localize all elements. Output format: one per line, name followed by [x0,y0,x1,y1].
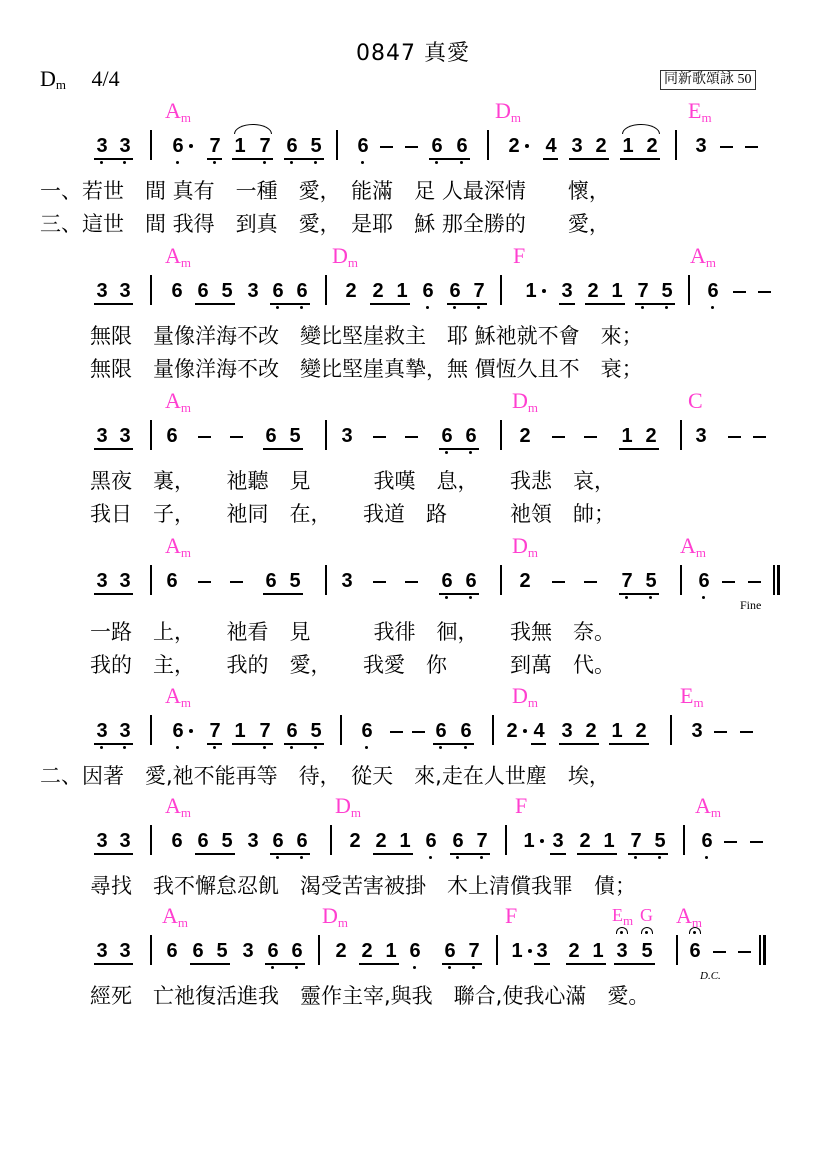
note-number: 6 [435,720,446,742]
note: 6 [170,829,184,853]
chord-symbol: Dm [335,793,361,821]
chord-symbol: Am [165,533,191,561]
note-number: 3 [691,720,702,742]
lyric-line: 經死 亡祂復活進我 靈作主宰,與我 聯合,使我心滿 愛。 [90,980,649,1010]
sustain-dash [724,841,737,843]
note-number: 6 [441,570,452,592]
note: 3 [560,279,574,303]
note-number: 2 [568,940,579,962]
low-octave-dot-icon [426,306,429,309]
note-number: 6 [425,830,436,852]
sustain-dash [753,436,766,438]
sustain-dash [198,581,211,583]
chord-symbol: Am [165,388,191,416]
note: 6 [697,569,711,593]
note-number: 7 [637,280,648,302]
note: 6 [459,719,473,743]
note-number: 3 [119,425,130,447]
key-quality: m [56,77,66,92]
note-number: 3 [96,135,107,157]
lyric-line: 黑夜 裏， 祂聽 見 我嘆 息， 我悲 哀， [90,465,615,495]
note-number: 3 [341,425,352,447]
eighth-note-beam [195,853,235,855]
note: 2 [594,134,608,158]
sustain-dash [380,146,393,148]
chord-quality: m [338,915,348,930]
note-number: 6 [172,135,183,157]
note: 3 [95,424,109,448]
sustain-dash [713,951,726,953]
note: 2 [505,719,519,743]
note: 6 [421,279,435,303]
chord-root: E [612,905,623,925]
note: 3 [118,569,132,593]
lyric-line: 我的 主， 我的 愛， 我愛 你 到萬 代。 [90,649,615,679]
note: 3 [118,719,132,743]
low-octave-dot-icon [290,746,293,749]
low-octave-dot-icon [176,161,179,164]
note: 6 [165,569,179,593]
note: 6 [295,279,309,303]
note-number: 6 [409,940,420,962]
chord-quality: m [693,695,703,710]
note-number: 5 [661,280,672,302]
slur-arc [622,124,660,134]
chord-symbol: Em [680,683,704,711]
note-number: 3 [616,940,627,962]
note-number: 1 [525,280,536,302]
note-number: 3 [341,570,352,592]
lyric-line: 尋找 我不懈怠忍飢 渴受苦害被掛 木上清償我罪 債； [90,870,636,900]
augmentation-dot-icon [525,144,529,148]
note-number: 6 [265,425,276,447]
note: 7 [629,829,643,853]
note-number: 6 [265,570,276,592]
low-octave-dot-icon [300,856,303,859]
note: 7 [467,939,481,963]
eighth-note-beam [270,303,310,305]
note: 6 [171,134,185,158]
chord-symbol: Dm [512,683,538,711]
low-octave-dot-icon [445,451,448,454]
note: 2 [518,569,532,593]
note: 3 [340,424,354,448]
low-octave-dot-icon [665,306,668,309]
eighth-note-beam [207,743,222,745]
note: 6 [464,424,478,448]
note-number: 4 [533,720,544,742]
note-number: 1 [603,830,614,852]
note: 2 [344,279,358,303]
eighth-note-beam [94,593,133,595]
chord-quality: m [511,110,521,125]
chord-quality: m [528,695,538,710]
note-number: 6 [272,280,283,302]
note-number: 3 [96,570,107,592]
note: 6 [464,569,478,593]
note: 3 [246,829,260,853]
note-number: 2 [345,280,356,302]
chord-quality: m [348,255,358,270]
eighth-note-beam [94,853,133,855]
note-number: 6 [296,280,307,302]
eighth-note-beam [585,303,625,305]
low-octave-dot-icon [435,161,438,164]
note: 3 [246,279,260,303]
score-system: AmDmFEmGAm336653662216671321356D.C.經死 亡祂… [0,900,826,1050]
eighth-note-beam [619,593,659,595]
low-octave-dot-icon [448,966,451,969]
note: 1 [602,829,616,853]
note: 5 [288,424,302,448]
chord-quality: m [178,915,188,930]
note: 3 [95,279,109,303]
note: 3 [241,939,255,963]
low-octave-dot-icon [625,596,628,599]
lyric-line: 一路 上， 祂看 見 我徘 徊， 我無 奈。 [90,616,615,646]
low-octave-dot-icon [365,746,368,749]
sustain-dash [390,731,403,733]
sustain-dash [584,581,597,583]
note: 1 [384,939,398,963]
eighth-note-beam [619,448,659,450]
note: 6 [448,279,462,303]
note: 6 [266,939,280,963]
note-number: 2 [506,720,517,742]
eighth-note-beam [190,963,230,965]
eighth-note-beam [439,448,479,450]
chord-symbol: Em [688,98,712,126]
eighth-note-beam [359,963,399,965]
sustain-dash [733,291,746,293]
note-number: 2 [645,425,656,447]
lyric-line: 無限 量像洋海不改 變比堅崖救主 耶 穌祂就不會 來； [90,320,643,350]
note-number: 1 [511,940,522,962]
note-number: 6 [452,830,463,852]
low-octave-dot-icon [100,161,103,164]
chord-root: D [332,243,348,268]
bar-line [330,825,332,855]
eighth-note-beam [270,853,310,855]
note-number: 6 [698,570,709,592]
chord-quality: m [181,400,191,415]
note-number: 3 [695,135,706,157]
note: 7 [258,719,272,743]
note: 2 [634,719,648,743]
hymnal-source-badge: 同新歌頌詠 50 [660,70,756,90]
bar-line [340,715,342,745]
note-number: 6 [171,830,182,852]
note-number: 5 [221,830,232,852]
note-number: 3 [96,425,107,447]
note-number: 3 [536,940,547,962]
note-number: 7 [209,135,220,157]
eighth-note-beam [373,853,413,855]
low-octave-dot-icon [413,966,416,969]
eighth-note-beam [569,158,609,160]
low-octave-dot-icon [469,596,472,599]
page-title: 0847 真愛 [0,36,826,67]
lyric-line: 一、若世 間 真有 一種 愛， 能滿 足 人最深情 懷， [40,175,610,205]
note: 5 [653,829,667,853]
lyric-line: 我日 子， 祂同 在， 我道 路 祂領 帥； [90,498,615,528]
note-number: 6 [172,720,183,742]
note: 2 [567,939,581,963]
note-number: 2 [335,940,346,962]
bar-line [680,565,682,595]
bar-line [670,715,672,745]
note-number: 2 [519,425,530,447]
note: 5 [220,829,234,853]
note: 5 [309,719,323,743]
note: 2 [645,134,659,158]
note: 6 [196,279,210,303]
chord-symbol: Dm [512,533,538,561]
bar-line [325,420,327,450]
low-octave-dot-icon [123,746,126,749]
score-system: AmDmEm336717656662432123一、若世 間 真有 一種 愛， … [0,95,826,245]
bar-line [688,275,690,305]
bar-line [336,130,338,160]
chord-symbol: Am [680,533,706,561]
note-number: 6 [166,425,177,447]
low-octave-dot-icon [300,306,303,309]
note-number: 2 [375,830,386,852]
eighth-note-beam [94,448,133,450]
sustain-dash [230,581,243,583]
bar-line [150,420,152,450]
eighth-note-beam [94,158,133,160]
eighth-note-beam [439,593,479,595]
note-number: 1 [622,135,633,157]
note: 1 [510,939,524,963]
low-octave-dot-icon [658,856,661,859]
note-number: 5 [289,425,300,447]
note-number: 6 [272,830,283,852]
low-octave-dot-icon [314,161,317,164]
bar-line [500,565,502,595]
note-number: 3 [561,280,572,302]
sustain-dash [405,436,418,438]
bar-line [496,935,498,965]
performance-mark: Fine [740,598,761,613]
note: 6 [434,719,448,743]
note-number: 3 [552,830,563,852]
note-number: 4 [545,135,556,157]
note-number: 3 [247,280,258,302]
eighth-note-beam [628,853,668,855]
note-number: 3 [96,280,107,302]
chord-symbol: Dm [495,98,521,126]
note-number: 3 [119,570,130,592]
sustain-dash [750,841,763,843]
low-octave-dot-icon [445,596,448,599]
note: 6 [264,424,278,448]
note-number: 1 [621,425,632,447]
note: 2 [644,424,658,448]
note-number: 3 [96,720,107,742]
sustain-dash [584,436,597,438]
lyric-line: 無限 量像洋海不改 變比堅崖真摯，無 價恆久且不 衰； [90,353,643,383]
chord-root: A [165,388,181,413]
note-number: 1 [234,135,245,157]
chord-root: A [690,243,706,268]
fermata-icon [689,927,701,934]
note: 1 [620,424,634,448]
note: 3 [95,719,109,743]
bar-line [325,275,327,305]
note: 6 [285,134,299,158]
chord-root: G [640,905,653,925]
note-number: 6 [422,280,433,302]
bar-line [683,825,685,855]
sustain-dash [373,436,386,438]
chord-quality: m [696,545,706,560]
note: 6 [191,939,205,963]
note: 2 [334,939,348,963]
note-number: 5 [289,570,300,592]
chord-root: A [680,533,696,558]
note: 1 [591,939,605,963]
low-octave-dot-icon [702,596,705,599]
key-root: D [40,66,56,91]
score-system: AmDmFAm336653662216671321756無限 量像洋海不改 變比… [0,240,826,390]
chord-root: A [162,903,178,928]
note: 6 [271,829,285,853]
note-number: 1 [592,940,603,962]
note: 3 [694,424,708,448]
note-number: 2 [579,830,590,852]
bar-line [150,825,152,855]
eighth-note-beam [635,303,675,305]
eighth-note-beam [531,743,546,745]
chord-symbol: Am [162,903,188,931]
chord-symbol: Am [165,98,191,126]
bar-line [680,420,682,450]
bar-line [676,935,678,965]
chord-quality: m [701,110,711,125]
note: 3 [95,939,109,963]
augmentation-dot-icon [528,949,532,953]
note: 3 [118,939,132,963]
sustain-dash [405,581,418,583]
eighth-note-beam [94,743,133,745]
eighth-note-beam [263,448,303,450]
note-number: 2 [585,720,596,742]
sustain-dash [738,951,751,953]
bar-line [150,715,152,745]
note: 6 [290,939,304,963]
note: 6 [196,829,210,853]
augmentation-dot-icon [189,729,193,733]
note-number: 6 [701,830,712,852]
note: 5 [288,569,302,593]
note-number: 3 [119,135,130,157]
low-octave-dot-icon [100,746,103,749]
note-number: 6 [197,830,208,852]
note-number: 6 [197,280,208,302]
note: 7 [636,279,650,303]
note: 5 [309,134,323,158]
chord-symbol: Am [165,243,191,271]
note-number: 6 [441,425,452,447]
note-number: 2 [595,135,606,157]
sustain-dash [552,436,565,438]
bar-line [505,825,507,855]
eighth-note-beam [284,158,324,160]
note: 2 [586,279,600,303]
low-octave-dot-icon [295,966,298,969]
eighth-note-beam [433,743,474,745]
chord-root: A [165,533,181,558]
note: 1 [522,829,536,853]
note: 1 [233,134,247,158]
chord-root: D [495,98,511,123]
eighth-note-beam [559,303,575,305]
note: 3 [570,134,584,158]
note-number: 6 [456,135,467,157]
note-number: 7 [259,135,270,157]
eighth-note-beam [577,853,617,855]
chord-root: D [512,533,528,558]
lyric-line: 三、這世 間 我得 到真 愛， 是耶 穌 那全勝的 愛， [40,208,610,238]
eighth-note-beam [207,158,222,160]
note-number: 3 [119,940,130,962]
note: 2 [374,829,388,853]
note: 3 [535,939,549,963]
note: 7 [472,279,486,303]
low-octave-dot-icon [649,596,652,599]
low-octave-dot-icon [314,746,317,749]
chord-symbol: Am [165,793,191,821]
low-octave-dot-icon [123,161,126,164]
bar-line [150,130,152,160]
bar-line [675,130,677,160]
chord-symbol: Dm [332,243,358,271]
note: 7 [475,829,489,853]
sustain-dash [722,581,735,583]
eighth-note-beam [609,743,649,745]
note-number: 6 [291,940,302,962]
slur-arc [234,124,272,134]
low-octave-dot-icon [263,746,266,749]
eighth-note-beam [232,743,273,745]
note-number: 7 [473,280,484,302]
chord-symbol: F [513,243,525,269]
note: 6 [165,939,179,963]
note-number: 7 [621,570,632,592]
chord-root: D [335,793,351,818]
note-number: 2 [646,135,657,157]
note-number: 6 [689,940,700,962]
note: 3 [118,134,132,158]
note-number: 6 [296,830,307,852]
low-octave-dot-icon [271,966,274,969]
note: 6 [271,279,285,303]
note: 7 [258,134,272,158]
note: 3 [118,424,132,448]
final-double-bar [759,935,766,965]
note-number: 6 [286,720,297,742]
chord-root: A [676,903,692,928]
note: 1 [610,279,624,303]
note-number: 6 [192,940,203,962]
note: 3 [694,134,708,158]
augmentation-dot-icon [523,729,527,733]
note-number: 2 [587,280,598,302]
note: 3 [551,829,565,853]
lyric-line: 二、因著 愛,祂不能再等 待， 從天 來,走在人世塵 埃， [40,760,610,790]
